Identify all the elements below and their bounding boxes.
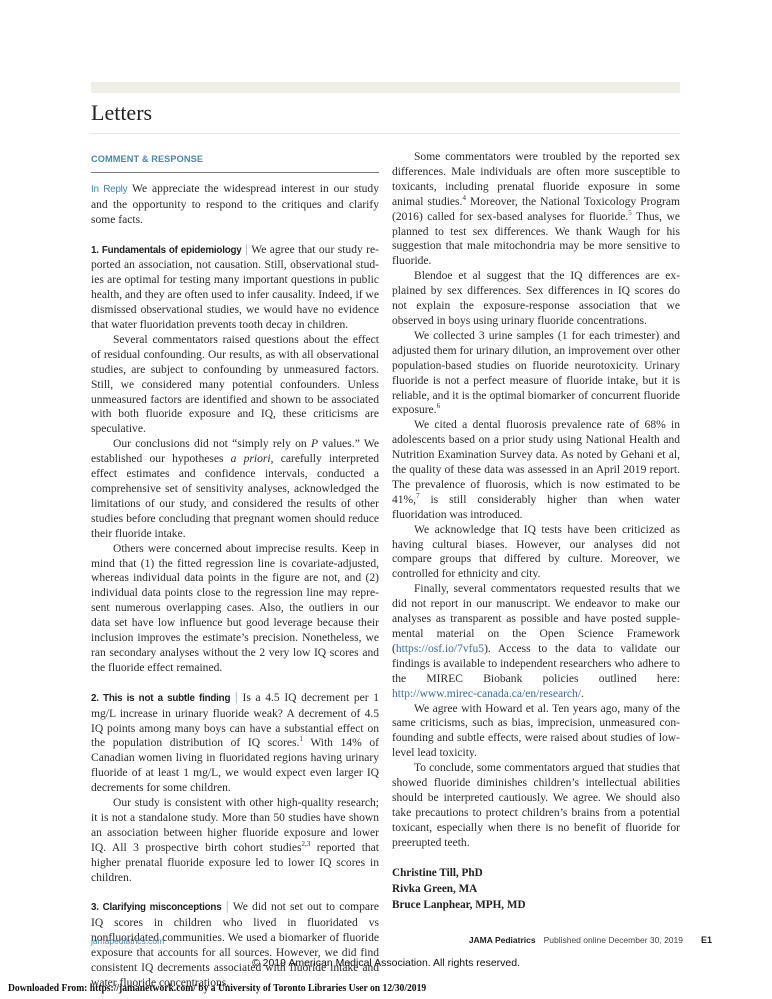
section-1-paragraph-4: Others were concerned about imprecise re… xyxy=(91,542,379,676)
title-divider xyxy=(91,133,680,134)
publication-date: Published online December 30, 2019 xyxy=(544,935,683,945)
download-notice: Downloaded From: https://jamanetwork.com… xyxy=(8,983,426,994)
heading-separator: | xyxy=(245,244,248,256)
section-2-heading: 2. This is not a subtle finding xyxy=(91,693,230,704)
publication-info: JAMA Pediatrics Published online Decembe… xyxy=(469,935,712,945)
reference-6[interactable]: 6 xyxy=(437,403,441,411)
section-3-paragraph-6: We acknowledge that IQ tests have been c… xyxy=(392,523,680,583)
section-3-paragraph-4: We collected 3 urine samples (1 for each… xyxy=(392,329,680,418)
section-3-paragraph-9: To conclude, some commentators argued th… xyxy=(392,761,680,850)
heading-separator: | xyxy=(235,692,238,704)
in-reply-label: In Reply xyxy=(91,184,127,195)
author-list: Christine Till, PhD Rivka Green, MA Bruc… xyxy=(392,865,680,913)
copyright-notice: © 2019 American Medical Association. All… xyxy=(0,957,772,969)
page-number: E1 xyxy=(701,935,712,945)
heading-separator: | xyxy=(226,901,229,913)
journal-website-link[interactable]: jamapediatrics.com xyxy=(91,936,164,946)
author-name: Bruce Lanphear, MPH, MD xyxy=(392,897,680,913)
section-3-paragraph-2: Some commentators were troubled by the r… xyxy=(392,150,680,269)
reference-2-3[interactable]: 2,3 xyxy=(302,840,311,848)
section-3-paragraph-7: Finally, several commentators requested … xyxy=(392,582,680,701)
section-2-paragraph-1: 2. This is not a subtle finding | Is a 4… xyxy=(91,691,379,796)
osf-link[interactable]: https://osf.io/7vfu5 xyxy=(396,643,484,655)
intro-paragraph: In Reply We appreciate the widespread in… xyxy=(91,182,379,228)
author-name: Rivka Green, MA xyxy=(392,881,680,897)
section-title: Letters xyxy=(91,100,152,126)
section-3-paragraph-8: We agree with Howard et al. Ten years ag… xyxy=(392,702,680,762)
header-band xyxy=(91,82,680,93)
section-3-paragraph-5: We cited a dental fluorosis prevalence r… xyxy=(392,418,680,522)
section-3-heading: 3. Clarifying misconceptions xyxy=(91,902,221,913)
article-type-label: COMMENT & RESPONSE xyxy=(91,152,379,173)
section-1-heading: 1. Fundamentals of epidemiology xyxy=(91,245,242,256)
author-name: Christine Till, PhD xyxy=(392,865,680,881)
right-column: Some commentators were troubled by the r… xyxy=(392,150,680,913)
section-3-paragraph-3: Blendoe et al suggest that the IQ differ… xyxy=(392,269,680,329)
section-1-paragraph-1: 1. Fundamentals of epidemiology | We agr… xyxy=(91,243,379,333)
section-1-paragraph-2: Several commentators raised questions ab… xyxy=(91,333,379,437)
section-1-paragraph-3: Our conclusions did not “simply rely on … xyxy=(91,437,379,541)
mirec-link[interactable]: http://www.mirec-canada.ca/en/research/ xyxy=(392,688,581,700)
journal-name: JAMA Pediatrics xyxy=(469,935,536,945)
section-2-paragraph-2: Our study is consistent with other high-… xyxy=(91,796,379,885)
left-column: COMMENT & RESPONSE In Reply We appreciat… xyxy=(91,150,379,991)
